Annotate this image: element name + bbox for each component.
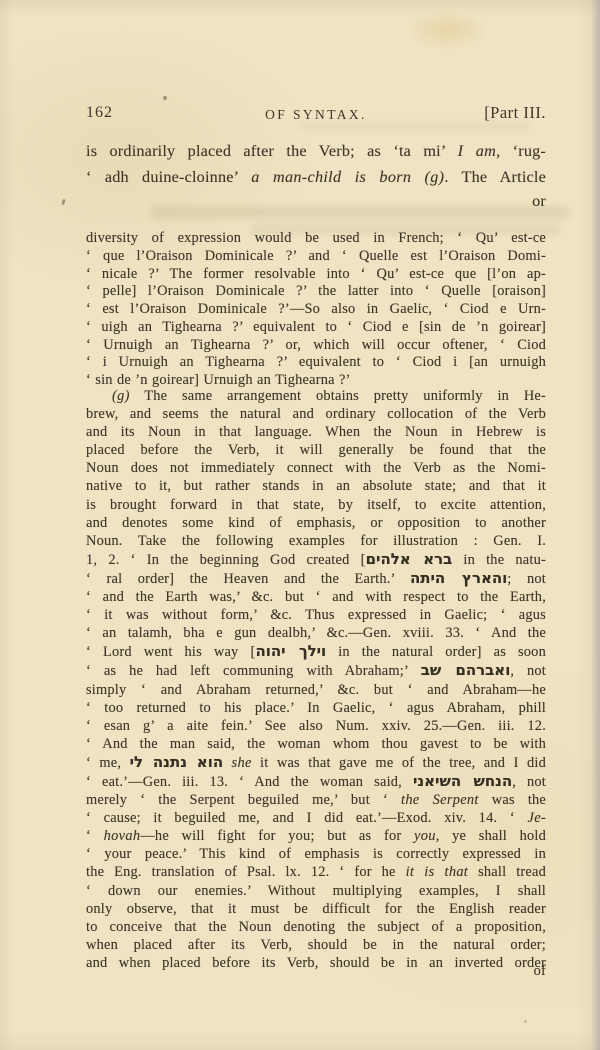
hebrew-text: ואברהם שב — [421, 661, 511, 679]
italic-text: I am — [458, 142, 497, 160]
text-line: ‘ que l’Oraison Dominicale ?’ and ‘ Quel… — [86, 248, 546, 266]
text-line: ‘ an talamh, bha e gun dealbh,’ &c.—Gen.… — [86, 624, 546, 642]
text-line: of — [86, 962, 546, 980]
text-line: ‘ uigh an Tighearna ?’ equivalent to ‘ C… — [86, 319, 546, 337]
text-line: and its Noun in that language. When the … — [86, 423, 546, 441]
footnote-g: (g) The same arrangement obtains pretty … — [86, 387, 546, 972]
text-line: diversity of expression would be used in… — [86, 230, 546, 248]
text-line: and denotes some kind of emphasis, or op… — [86, 514, 546, 532]
text-line: ‘ esan g’ a aite fein.’ See also Num. xx… — [86, 717, 546, 735]
text-line: ‘ Lord went his way [וילך יהוה in the na… — [86, 642, 546, 661]
text-line: ‘ as he had left communing with Abraham;… — [86, 661, 546, 680]
text-line: ‘ eat.’—Gen. iii. 13. ‘ And the woman sa… — [86, 772, 546, 791]
text-line: placed before the Verb, it will generall… — [86, 441, 546, 459]
italic-text: it is that — [406, 864, 469, 880]
ink-speck — [61, 199, 65, 206]
text-line: ‘ nicale ?’ The former resolvable into ‘… — [86, 266, 546, 284]
text-line: merely ‘ the Serpent beguiled me,’ but ‘… — [86, 791, 546, 809]
text-line: ‘ And the man said, the woman whom thou … — [86, 735, 546, 753]
text-line: ‘ adh duine-cloinne’ a man-child is born… — [86, 165, 546, 191]
text-line: ‘ down our enemies.’ Without multiplying… — [86, 882, 546, 900]
catchword-or: or — [86, 191, 546, 211]
italic-text: a man-child is born (g) — [251, 168, 444, 186]
text-line: ‘ it was without form,’ &c. Thus express… — [86, 606, 546, 624]
italic-text: you — [414, 828, 436, 844]
italic-text: (g) — [112, 388, 130, 404]
hebrew-text: הוא נתנה לי — [130, 753, 224, 771]
hebrew-text: ברא אלהים — [366, 550, 453, 568]
text-line: simply ‘ and Abraham returned,’ &c. but … — [86, 681, 546, 699]
book-page: 162 OF SYNTAX. [Part III. is ordinarily … — [0, 0, 600, 1050]
text-line: ‘ your peace.’ This kind of emphasis is … — [86, 845, 546, 863]
hebrew-text: וילך יהוה — [255, 642, 326, 660]
main-paragraph: is ordinarily placed after the Verb; as … — [86, 139, 546, 191]
italic-text: hovah — [104, 828, 141, 844]
text-line: 1, 2. ‘ In the beginning God created [בר… — [86, 550, 546, 569]
hebrew-text: הנחש השיאני — [413, 772, 512, 790]
text-column: is ordinarily placed after the Verb; as … — [86, 0, 546, 1050]
text-line: is ordinarily placed after the Verb; as … — [86, 139, 546, 165]
text-line: ‘ too returned to his place.’ In Gaelic,… — [86, 699, 546, 717]
italic-text: Je- — [528, 810, 546, 826]
text-line: the Eng. translation of Psal. lx. 12. ‘ … — [86, 863, 546, 881]
text-line: Noun does not immediately connect with t… — [86, 459, 546, 477]
page-edge-shadow — [591, 0, 600, 1050]
text-line: ‘ hovah—he will fight for you; but as fo… — [86, 827, 546, 845]
text-line: ‘ me, הוא נתנה לי she it was that gave m… — [86, 753, 546, 772]
text-line: when placed after its Verb, should be in… — [86, 936, 546, 954]
italic-text: she — [232, 755, 252, 771]
text-line: ‘ est l’Oraison Dominicale ?’—So also in… — [86, 301, 546, 319]
hebrew-text: והארץ היתה — [410, 569, 507, 587]
text-line: ‘ pelle] l’Oraison Dominicale ?’ the lat… — [86, 283, 546, 301]
text-line: (g) The same arrangement obtains pretty … — [86, 387, 546, 405]
text-line: ‘ ral order] the Heaven and the Earth.’ … — [86, 569, 546, 588]
text-line: to conceive that the Noun denoting the s… — [86, 918, 546, 936]
catchword-of: of — [86, 962, 546, 980]
italic-text: the Serpent — [401, 792, 479, 808]
text-line: ‘ cause; it beguiled me, and I did eat.’… — [86, 809, 546, 827]
text-line: only observe, that it must be difficult … — [86, 900, 546, 918]
text-line: ‘ Urnuigh an Tighearna ?’ or, which will… — [86, 337, 546, 355]
text-line: Noun. Take the following examples for il… — [86, 532, 546, 550]
text-line: native to it, but rather stands in an ab… — [86, 477, 546, 495]
text-line: is brought forward in that state, by its… — [86, 496, 546, 514]
text-line: brew, and seems the natural and ordinary… — [86, 405, 546, 423]
footnote-continuation: diversity of expression would be used in… — [86, 230, 546, 390]
text-line: ‘ and the Earth was,’ &c. but ‘ and with… — [86, 588, 546, 606]
text-line: or — [86, 191, 546, 211]
text-line: ‘ i Urnuigh an Tighearna ?’ equivalent t… — [86, 354, 546, 372]
